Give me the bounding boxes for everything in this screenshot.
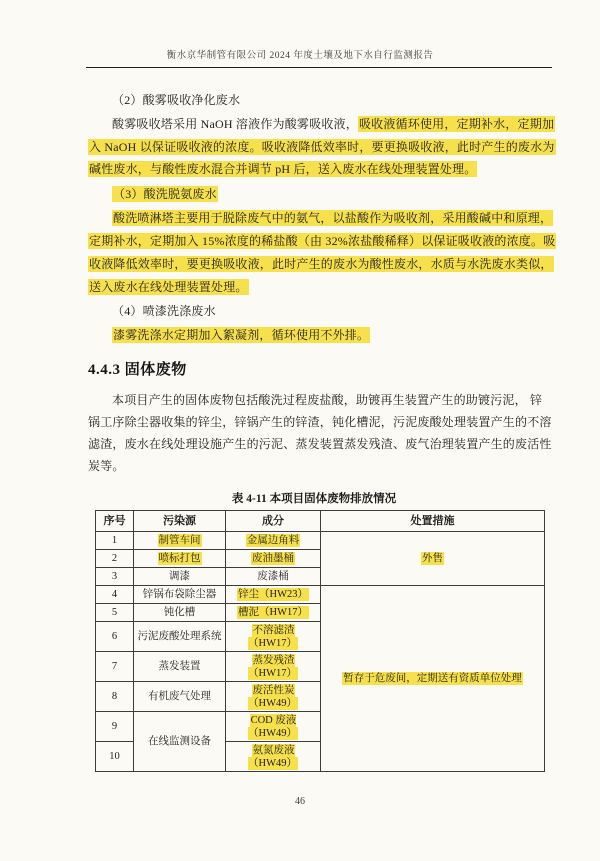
highlighted-text-run: 收液降低效率时，要更换吸收液，此时产生的废水为酸性废水，水质与水洗废水类似， <box>88 256 554 272</box>
cell-component: 锌尘（HW23） <box>226 586 321 604</box>
cell-no: 2 <box>96 550 134 568</box>
paragraph-line: 本项目产生的固体废物包括酸洗过程废盐酸，助镀再生装置产生的助镀污泥， 锌 <box>112 392 542 408</box>
cell-source: 锌锅布袋除尘器 <box>134 586 226 604</box>
cell-component: 废漆桶 <box>226 568 321 586</box>
cell-component: 氨氮废液 （HW49） <box>226 742 321 772</box>
highlighted-cell-text: 锌尘（HW23） <box>237 588 309 601</box>
paragraph-line: 酸雾吸收塔采用 NaOH 溶液作为酸雾吸收液，吸收液循环使用，定期补水，定期加 <box>112 116 555 132</box>
document-page: 衡水京华制管有限公司 2024 年度土壤及地下水自行监测报告 （2）酸雾吸收净化… <box>0 0 600 861</box>
cell-no: 6 <box>96 622 134 652</box>
column-header-measure: 处置措施 <box>321 511 545 532</box>
highlighted-text-run: 吸收液循环使用，定期补水，定期加 <box>358 116 555 132</box>
cell-measure-hazardous: 暂存于危废间，定期送有资质单位处理 <box>321 586 545 772</box>
cell-source: 制管车间 <box>134 532 226 550</box>
highlighted-text-run: 漆雾洗涤水定期加入絮凝剂，循环使用不外排。 <box>112 327 370 343</box>
cell-no: 4 <box>96 586 134 604</box>
highlighted-cell-text: COD 废液 （HW49） <box>248 714 298 740</box>
paragraph-line: 定期补水，定期加入 15%浓度的稀盐酸（由 32%浓盐酸稀释）以保证吸收液的浓度… <box>88 233 556 249</box>
table-row: 4 锌锅布袋除尘器 锌尘（HW23） 暂存于危废间，定期送有资质单位处理 <box>96 586 545 604</box>
cell-no: 5 <box>96 604 134 622</box>
highlighted-cell-text: 不溶滤渣 （HW17） <box>248 624 298 650</box>
highlighted-cell-text: 废活性炭 （HW49） <box>248 684 298 710</box>
heading-pickling-deamination-wastewater: （3）酸洗脱氨废水 <box>112 186 218 202</box>
cell-source: 钝化槽 <box>134 604 226 622</box>
cell-measure-sold: 外售 <box>321 532 545 586</box>
cell-no: 1 <box>96 532 134 550</box>
cell-source: 喷标打包 <box>134 550 226 568</box>
highlighted-cell-text: 喷标打包 <box>158 552 202 565</box>
paragraph-line: 送入废水在线处理装置处理。 <box>88 279 249 295</box>
highlighted-text-run: （3）酸洗脱氨废水 <box>112 186 218 202</box>
header-rule <box>86 67 552 68</box>
highlighted-text-run: 碱性废水，与酸性废水混合并调节 pH 后，送入废水在线处理装置处理。 <box>88 161 477 177</box>
heading-paint-spray-washing-wastewater: （4）喷漆洗涤废水 <box>112 303 216 319</box>
paragraph-line: 滤渣，废水在线处理设施产生的污泥、蒸发装置蒸发残渣、废气治理装置产生的废活性 <box>88 436 552 452</box>
cell-component: 不溶滤渣 （HW17） <box>226 622 321 652</box>
paragraph-line: 酸洗喷淋塔主要用于脱除废气中的氨气，以盐酸作为吸收剂，采用酸碱中和原理， <box>112 210 553 226</box>
report-header-title: 衡水京华制管有限公司 2024 年度土壤及地下水自行监测报告 <box>0 47 600 61</box>
cell-source: 污泥废酸处理系统 <box>134 622 226 652</box>
paragraph-line: 碱性废水，与酸性废水混合并调节 pH 后，送入废水在线处理装置处理。 <box>88 161 477 177</box>
cell-no: 9 <box>96 712 134 742</box>
cell-component: COD 废液 （HW49） <box>226 712 321 742</box>
paragraph-line: 收液降低效率时，要更换吸收液，此时产生的废水为酸性废水，水质与水洗废水类似， <box>88 256 554 272</box>
highlighted-text-run: 入 NaOH 以保证吸收液的浓度。吸收液降低效率时，要更换吸收液，此时产生的废水… <box>88 139 556 155</box>
highlighted-cell-text: 蒸发残渣 （HW17） <box>248 654 298 680</box>
cell-no: 7 <box>96 652 134 682</box>
highlighted-cell-text: 暂存于危废间，定期送有资质单位处理 <box>342 672 523 685</box>
highlighted-text-run: 送入废水在线处理装置处理。 <box>88 279 249 295</box>
cell-no: 10 <box>96 742 134 772</box>
cell-component: 金属边角料 <box>226 532 321 550</box>
table-header-row: 序号 污染源 成分 处置措施 <box>96 511 545 532</box>
cell-source-online-monitoring: 在线监测设备 <box>134 712 226 772</box>
solid-waste-table: 序号 污染源 成分 处置措施 1 制管车间 金属边角料 外售 2 喷标打包 废油… <box>95 510 545 772</box>
highlighted-text-run: 酸洗喷淋塔主要用于脱除废气中的氨气，以盐酸作为吸收剂，采用酸碱中和原理， <box>112 210 553 226</box>
text-run: 酸雾吸收塔采用 NaOH 溶液作为酸雾吸收液， <box>112 117 358 131</box>
paragraph-line: 炭等。 <box>88 458 125 474</box>
table-caption: 表 4-11 本项目固体废物排放情况 <box>88 490 540 506</box>
cell-component: 槽泥（HW17） <box>226 604 321 622</box>
cell-no: 3 <box>96 568 134 586</box>
cell-component: 蒸发残渣 （HW17） <box>226 652 321 682</box>
highlighted-cell-text: 氨氮废液 （HW49） <box>248 744 298 770</box>
highlighted-cell-text: 外售 <box>421 552 444 565</box>
highlighted-text-run: 定期补水，定期加入 15%浓度的稀盐酸（由 32%浓盐酸稀释）以保证吸收液的浓度… <box>88 233 556 249</box>
cell-source: 蒸发装置 <box>134 652 226 682</box>
section-heading-solid-waste: 4.4.3 固体废物 <box>88 358 187 379</box>
cell-component: 废活性炭 （HW49） <box>226 682 321 712</box>
heading-acid-mist-wastewater: （2）酸雾吸收净化废水 <box>112 92 240 108</box>
column-header-source: 污染源 <box>134 511 226 532</box>
highlighted-cell-text: 金属边角料 <box>246 534 301 547</box>
table-row: 1 制管车间 金属边角料 外售 <box>96 532 545 550</box>
column-header-no: 序号 <box>96 511 134 532</box>
paragraph-line: 入 NaOH 以保证吸收液的浓度。吸收液降低效率时，要更换吸收液，此时产生的废水… <box>88 139 556 155</box>
column-header-component: 成分 <box>226 511 321 532</box>
cell-component: 废油墨桶 <box>226 550 321 568</box>
highlighted-cell-text: 制管车间 <box>158 534 202 547</box>
paragraph-line: 锅工序除尘器收集的锌尘，锌锅产生的锌渣，钝化槽泥，污泥废酸处理装置产生的不溶 <box>88 414 552 430</box>
highlighted-cell-text: 废油墨桶 <box>251 552 295 565</box>
page-number: 46 <box>0 796 600 807</box>
cell-no: 8 <box>96 682 134 712</box>
cell-source: 有机废气处理 <box>134 682 226 712</box>
cell-source: 调漆 <box>134 568 226 586</box>
highlighted-cell-text: 槽泥（HW17） <box>237 606 309 619</box>
paragraph-line: 漆雾洗涤水定期加入絮凝剂，循环使用不外排。 <box>112 327 370 343</box>
